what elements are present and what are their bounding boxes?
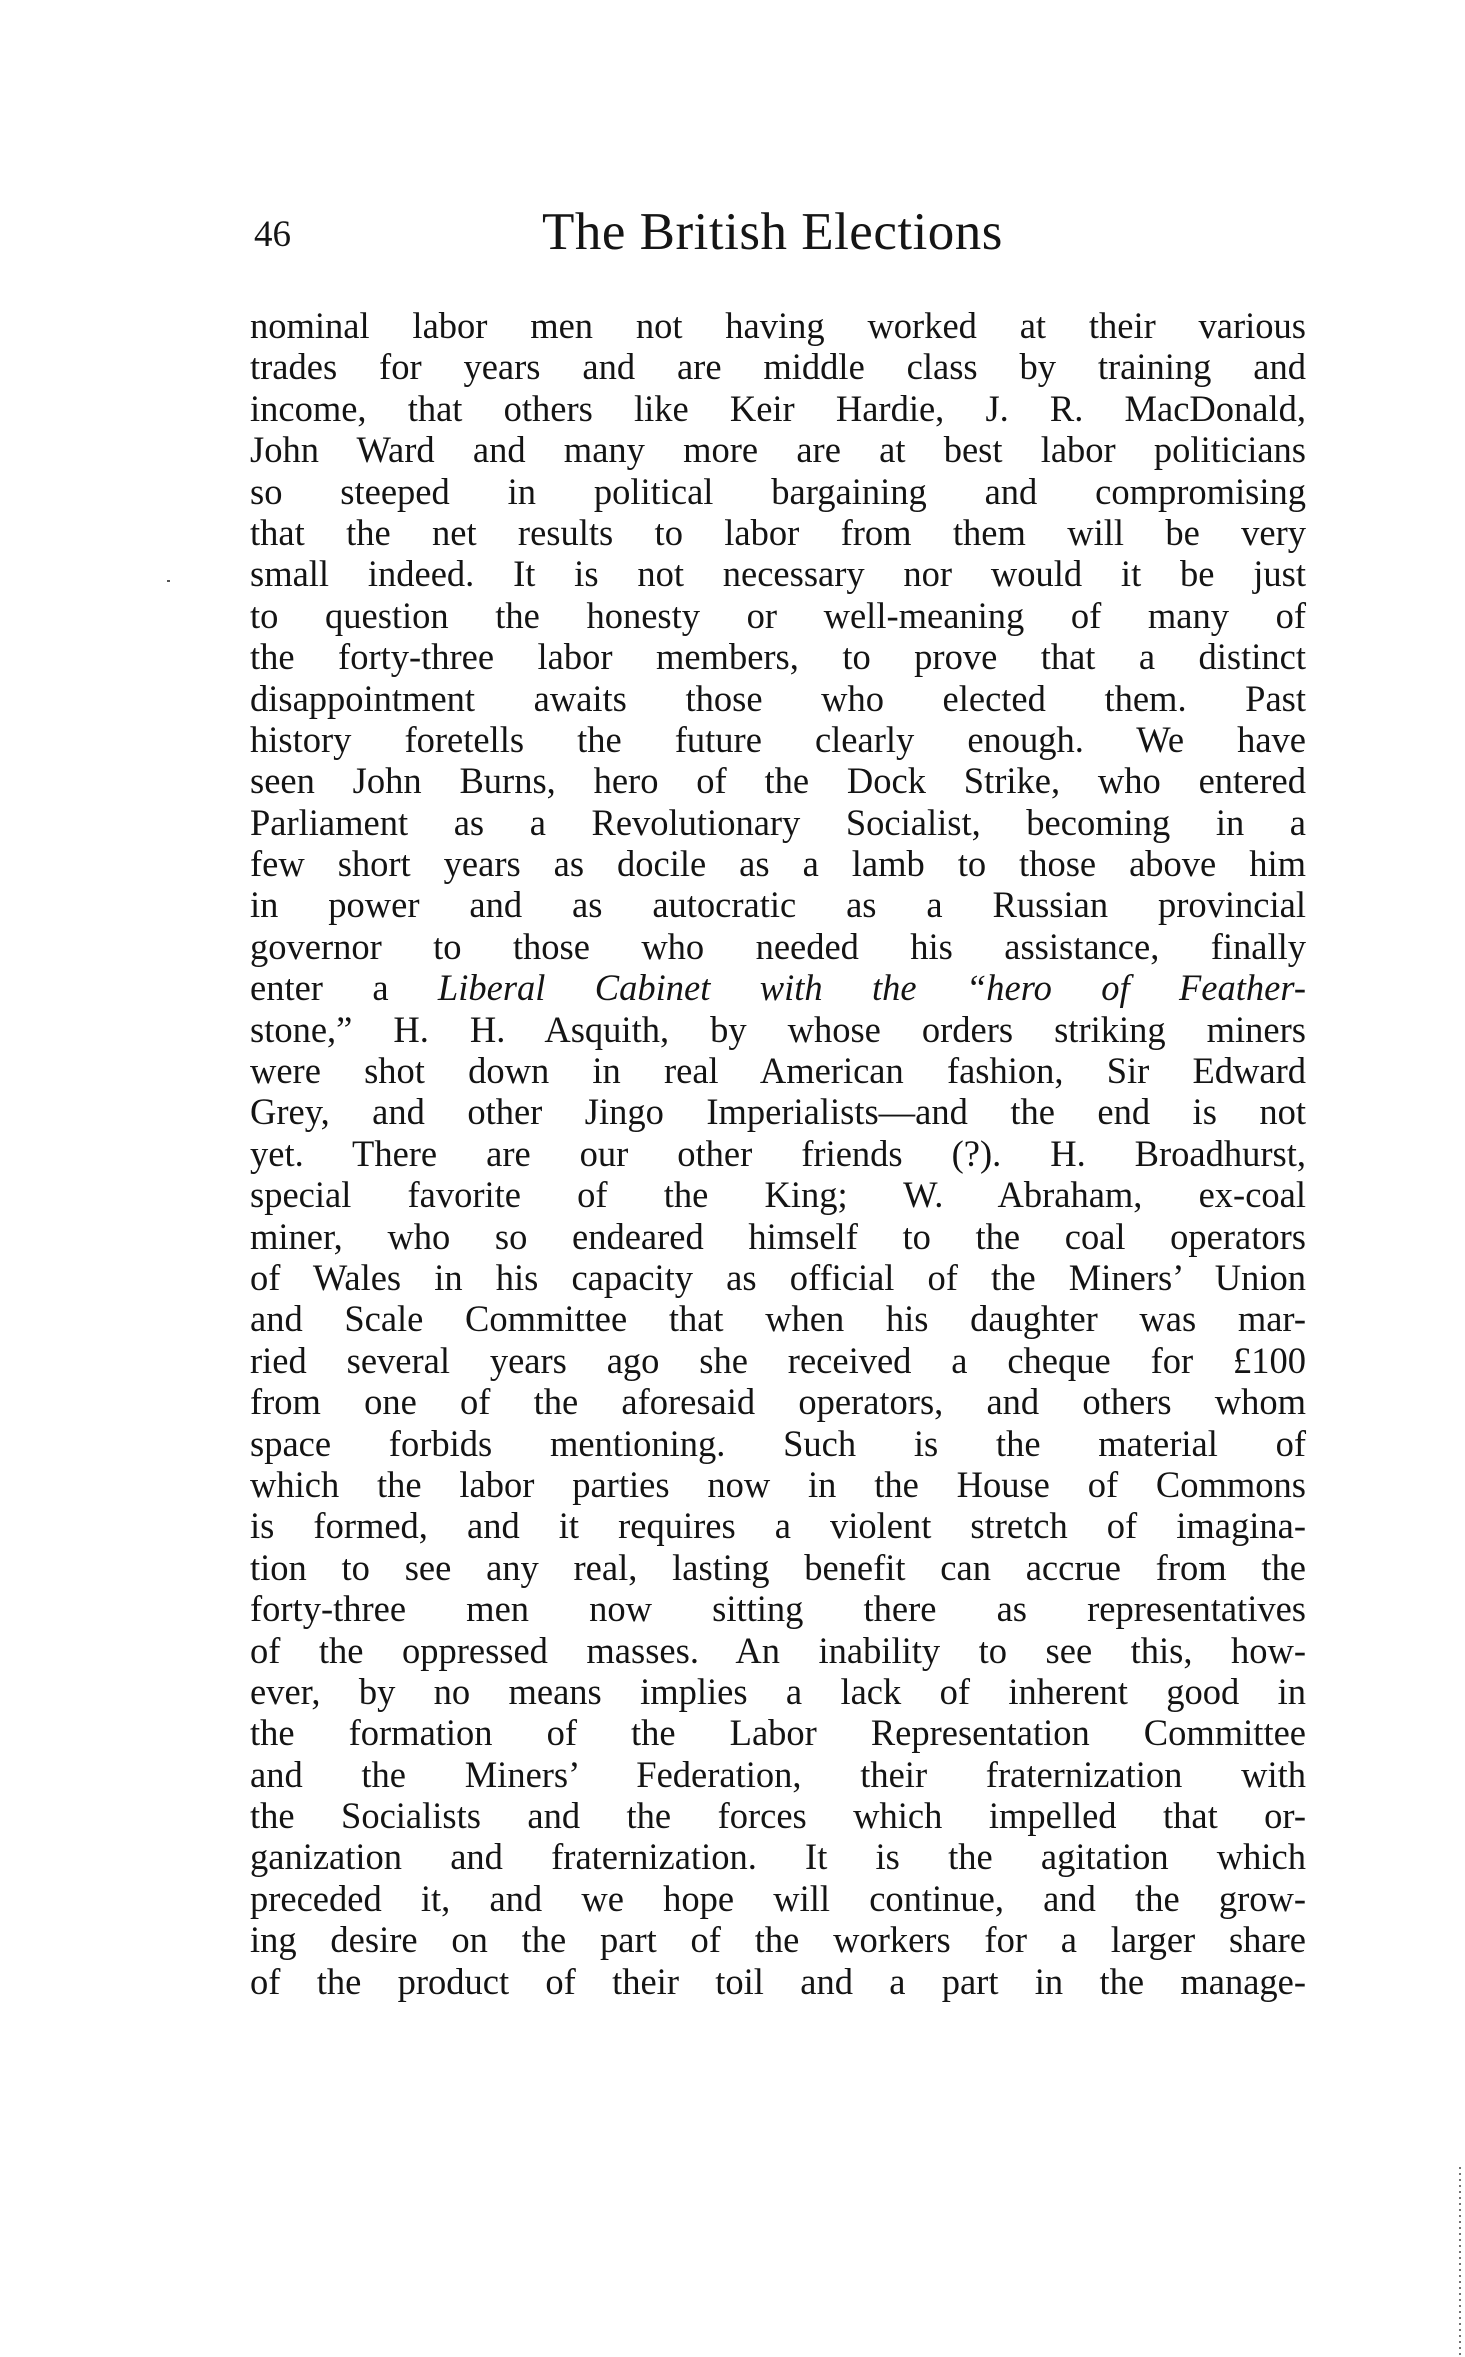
text-line: miner, who so endeared himself to the co… [250,1216,1306,1257]
text-line: income, that others like Keir Hardie, J.… [250,388,1306,429]
text-line: governor to those who needed his assista… [250,926,1306,967]
text-line-italic-phrase: enter a Liberal Cabinet with the “hero o… [250,967,1306,1008]
text-line: the formation of the Labor Representatio… [250,1712,1306,1753]
scan-speck [167,580,170,582]
text-line: preceded it, and we hope will continue, … [250,1878,1306,1919]
text-line: Parliament as a Revolutionary Socialist,… [250,802,1306,843]
text-line: ganization and fraternization. It is the… [250,1836,1306,1877]
text-line: trades for years and are middle class by… [250,346,1306,387]
text-line: ing desire on the part of the workers fo… [250,1919,1306,1960]
page-number: 46 [254,213,291,257]
text-line: history foretells the future clearly eno… [250,719,1306,760]
text-line: space forbids mentioning. Such is the ma… [250,1423,1306,1464]
text-line: forty-three men now sitting there as rep… [250,1588,1306,1629]
text-line: small indeed. It is not necessary nor wo… [250,553,1306,594]
text-line: yet. There are our other friends (?). H.… [250,1133,1306,1174]
text-line: ever, by no means implies a lack of inhe… [250,1671,1306,1712]
text-line: tion to see any real, lasting benefit ca… [250,1547,1306,1588]
text-line: stone,” H. H. Asquith, by whose orders s… [250,1009,1306,1050]
text-line: the forty-three labor members, to prove … [250,636,1306,677]
book-page: 46 The British Elections nominal labor m… [0,0,1465,2357]
text-line: were shot down in real American fashion,… [250,1050,1306,1091]
text-line: that the net results to labor from them … [250,512,1306,553]
text-line: of the oppressed masses. An inability to… [250,1630,1306,1671]
text-line: to question the honesty or well-meaning … [250,595,1306,636]
scan-edge-noise [1458,2165,1462,2355]
text-line: so steeped in political bargaining and c… [250,471,1306,512]
text-line: from one of the aforesaid operators, and… [250,1381,1306,1422]
text-line: is formed, and it requires a violent str… [250,1505,1306,1546]
text-line: John Ward and many more are at best labo… [250,429,1306,470]
text-run: enter a [250,967,438,1008]
italic-text-run: Liberal Cabinet with the “hero of Feathe… [438,967,1306,1008]
text-line: of the product of their toil and a part … [250,1961,1306,2002]
text-line: and Scale Committee that when his daught… [250,1298,1306,1339]
text-line: special favorite of the King; W. Abraham… [250,1174,1306,1215]
running-head: 46 The British Elections [250,203,1310,263]
running-title: The British Elections [542,203,1003,261]
text-line: of Wales in his capacity as official of … [250,1257,1306,1298]
text-line: Grey, and other Jingo Imperialists—and t… [250,1091,1306,1132]
text-line: disappointment awaits those who elected … [250,678,1306,719]
text-line: in power and as autocratic as a Russian … [250,884,1306,925]
text-line: nominal labor men not having worked at t… [250,305,1306,346]
text-line: the Socialists and the forces which impe… [250,1795,1306,1836]
text-line: few short years as docile as a lamb to t… [250,843,1306,884]
body-paragraph: nominal labor men not having worked at t… [250,305,1306,2002]
text-line: and the Miners’ Federation, their frater… [250,1754,1306,1795]
text-line: which the labor parties now in the House… [250,1464,1306,1505]
text-line: ried several years ago she received a ch… [250,1340,1306,1381]
text-line: seen John Burns, hero of the Dock Strike… [250,760,1306,801]
